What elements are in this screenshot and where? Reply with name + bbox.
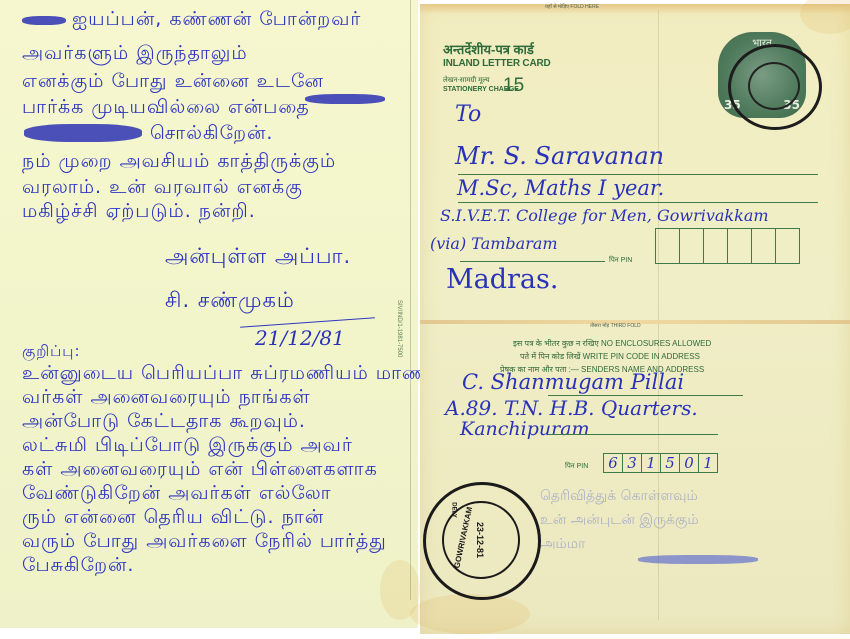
margin-print-code: SIV/IND/1-1981-7500	[396, 300, 402, 357]
pin-cell	[680, 229, 704, 263]
paper-stain	[800, 0, 850, 34]
letter-line: நம் முறை அவசியம் காத்திருக்கும்	[22, 150, 336, 175]
fold-line-left	[410, 0, 411, 600]
pin-cell	[656, 229, 680, 263]
postscript-line: லட்சுமி பிடிப்போடு இருக்கும் அவர்	[22, 434, 353, 459]
letter-line: பார்க்க முடியவில்லை என்பதை	[22, 96, 310, 121]
postscript-line: உன்னுடைய பெரியப்பா சுப்ரமணியம் மாண	[22, 362, 427, 387]
letter-line: அவர்களும் இருந்தாலும்	[22, 42, 248, 67]
address-rule	[458, 202, 818, 203]
bleed-through-text: உன் அன்புடன் இருக்கும்	[540, 512, 699, 530]
pin-cell: 1	[642, 454, 661, 472]
card-title-hindi: अन्तर्देशीय-पत्र कार्ड	[443, 40, 534, 58]
recipient-pin-boxes	[655, 228, 800, 264]
notice-no-enclosures: इस पत्र के भीतर कुछ न रखिए NO ENCLOSURES…	[513, 338, 711, 349]
pin-cell: 6	[604, 454, 623, 472]
recipient-line-4: (via) Tambaram	[430, 234, 558, 253]
letter-date: 21/12/81	[255, 326, 345, 350]
letter-line: மகிழ்ச்சி ஏற்படும். நன்றி.	[22, 200, 256, 225]
charge-value: 15	[503, 75, 524, 97]
postmark-dept: DELY	[451, 502, 457, 517]
pin-cell	[752, 229, 776, 263]
charge-label-hindi: लेखन-सामग्री मूल्य	[443, 76, 490, 85]
letter-line: சொல்கிறேன்.	[150, 122, 273, 147]
postscript-line: பேசுகிறேன்.	[22, 554, 134, 579]
letter-line: வரலாம். உன் வரவால் எனக்கு	[22, 176, 303, 201]
postscript-label: குறிப்பு:	[22, 342, 81, 362]
paper-stain	[410, 594, 530, 634]
crossed-out-scribble	[305, 94, 385, 104]
sender-name: C. Shanmugam Pillai	[462, 370, 684, 394]
postmark-date: 23-12-81	[475, 522, 485, 558]
letter-signature: சி. சண்முகம்	[165, 288, 295, 315]
postscript-line: கள் அனைவரையும் என் பிள்ளைகளாக	[22, 458, 378, 483]
pin-cell	[728, 229, 752, 263]
pin-cell	[704, 229, 728, 263]
recipient-pin-label: पिन PIN	[609, 256, 632, 265]
letter-closing: அன்புள்ள அப்பா.	[165, 244, 351, 271]
recipient-name: Mr. S. Saravanan	[455, 142, 664, 170]
pin-cell	[776, 229, 799, 263]
sender-pin-boxes: 6 3 1 5 0 1	[603, 453, 718, 473]
postscript-line: வரும் போது அவர்களை நேரில் பார்த்து	[22, 530, 387, 555]
bleed-through-text: தெரிவித்துக் கொள்ளவும்	[540, 488, 698, 506]
postscript-line: வர்கள் அனைவரையும் நாங்கள்	[22, 386, 311, 411]
postscript-line: ரும் என்னை தெரிய விட்டு. நான்	[22, 506, 324, 531]
to-label: To	[455, 102, 481, 127]
pin-cell: 3	[623, 454, 642, 472]
crossed-out-scribble	[24, 124, 142, 142]
recipient-line-3: S.I.V.E.T. College for Men, Gowrivakkam	[440, 206, 769, 225]
postscript-line: வேண்டுகிறேன் அவர்கள் எல்லோ	[22, 482, 332, 507]
sender-line-3: Kanchipuram	[460, 418, 590, 440]
address-rule	[458, 174, 818, 175]
stamp-cancellation-inner	[748, 62, 800, 110]
postscript-line: அன்போடு கேட்டதாக கூறவும்.	[22, 410, 306, 435]
third-fold-label: तीसरा मोड़ THIRD FOLD	[590, 323, 641, 329]
notice-write-pin: पते में पिन कोड लिखें WRITE PIN CODE IN …	[520, 351, 700, 362]
bleed-through-text: அம்மா	[540, 536, 585, 554]
delivery-postmark: GOWRIVAKKAM 23-12-81 DELY	[423, 482, 541, 600]
sender-pin-label: पिन PIN	[565, 462, 588, 471]
pin-cell: 1	[699, 454, 717, 472]
address-rule	[548, 434, 718, 435]
letter-line: ஐயப்பன், கண்ணன் போன்றவர்	[72, 8, 361, 33]
pin-cell: 0	[680, 454, 699, 472]
pin-cell: 5	[661, 454, 680, 472]
card-title-english: INLAND LETTER CARD	[443, 58, 551, 69]
letter-line: எனக்கும் போது உன்னை உடனே	[22, 70, 324, 95]
crossed-out-scribble	[22, 16, 66, 25]
blue-ink-smudge	[638, 555, 758, 564]
fold-here-strip: यहाँ से मोड़िए FOLD HERE	[545, 4, 599, 10]
address-rule	[460, 261, 605, 262]
sender-line-2: A.89. T.N. H.B. Quarters.	[445, 396, 698, 420]
recipient-line-2: M.Sc, Maths I year.	[457, 176, 664, 200]
recipient-line-5: Madras.	[446, 264, 558, 295]
